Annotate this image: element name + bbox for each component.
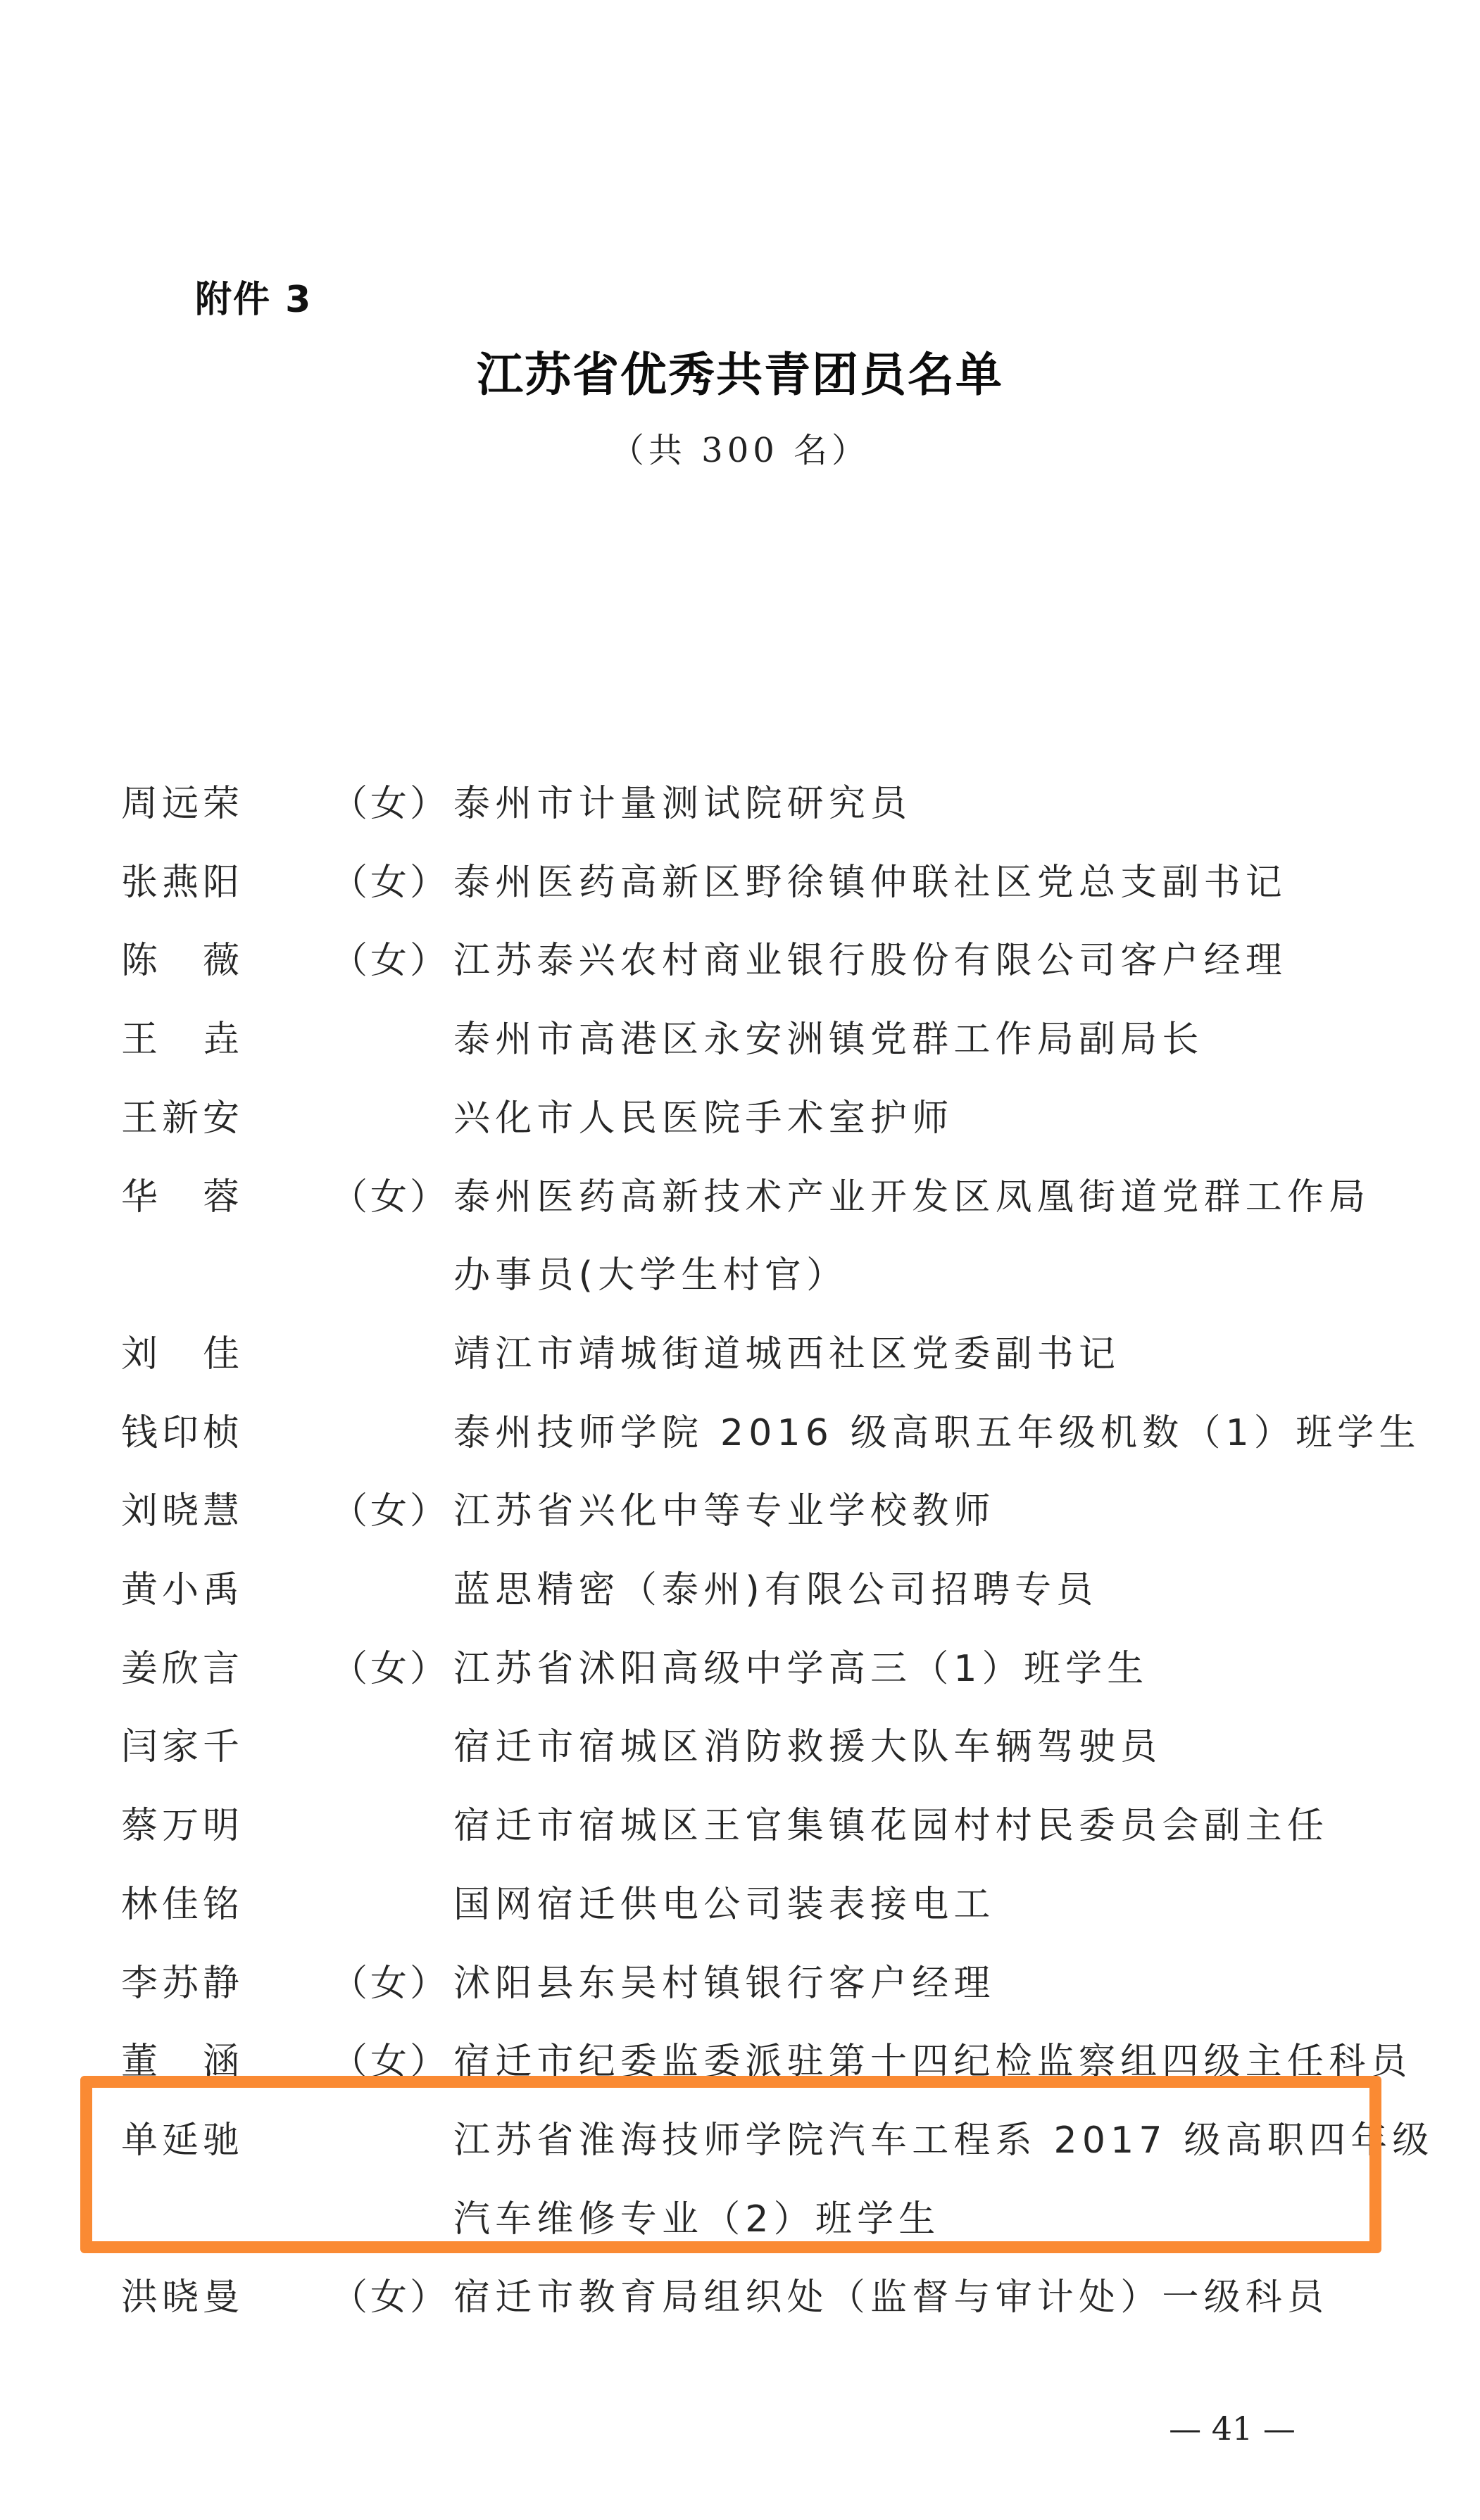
- list-item-continuation: 汽车维修专业（2）班学生: [0, 2180, 1480, 2259]
- person-affiliation: 国网宿迁供电公司装表接电工: [453, 1865, 1383, 1944]
- gender-note: （女）: [331, 843, 451, 922]
- list-item: 单延驰江苏省淮海技师学院汽车工程系 2017 级高职四年级: [0, 2101, 1480, 2180]
- person-affiliation: 办事员(大学生村官）: [453, 1236, 1383, 1315]
- list-item: 王 垚泰州市高港区永安洲镇党群工作局副局长: [0, 1000, 1480, 1079]
- person-name: 刘 佳: [121, 1315, 255, 1394]
- gender-note: （女）: [331, 1630, 451, 1708]
- person-name: 周远荣: [121, 764, 255, 843]
- gender-note: （女）: [331, 2258, 451, 2337]
- gender-note: （女）: [331, 1944, 451, 2023]
- list-item: 王新安兴化市人民医院手术室护师: [0, 1079, 1480, 1158]
- page-number: — 41 —: [1155, 2407, 1310, 2450]
- list-item-continuation: 办事员(大学生村官）: [0, 1236, 1480, 1315]
- list-item: 钱印桢泰州技师学院 2016 级高职五年级机数（1）班学生: [0, 1394, 1480, 1473]
- list-item: 陈 薇（女）江苏泰兴农村商业银行股份有限公司客户经理: [0, 921, 1480, 1000]
- list-item: 蔡万明宿迁市宿城区王官集镇花园村村民委员会副主任: [0, 1787, 1480, 1865]
- person-name: 张燕阳: [121, 843, 255, 922]
- gender-note: （女）: [331, 764, 451, 843]
- gender-note: （女）: [331, 921, 451, 1000]
- gender-note: （女）: [331, 1158, 451, 1237]
- person-name: 陈 薇: [121, 921, 255, 1000]
- list-item: 姜欣言（女）江苏省沭阳高级中学高三（1）班学生: [0, 1630, 1480, 1708]
- person-name: 李苏静: [121, 1944, 255, 2023]
- person-affiliation: 沭阳县东吴村镇银行客户经理: [453, 1944, 1383, 2023]
- list-item: 李苏静（女）沭阳县东吴村镇银行客户经理: [0, 1944, 1480, 2023]
- honoree-list: 周远荣（女）泰州市计量测试院研究员张燕阳（女）泰州医药高新区野徐镇仲联社区党总支…: [0, 0, 1480, 2520]
- person-name: 华 蓉: [121, 1158, 255, 1237]
- person-name: 黄小禹: [121, 1551, 255, 1630]
- person-affiliation: 江苏省兴化中等专业学校教师: [453, 1472, 1383, 1551]
- person-affiliation: 宿迁市纪委监委派驻第十四纪检监察组四级主任科员: [453, 2022, 1383, 2101]
- person-name: 蔡万明: [121, 1787, 255, 1865]
- person-affiliation: 靖江市靖城街道城西社区党委副书记: [453, 1315, 1383, 1394]
- person-affiliation: 江苏省沭阳高级中学高三（1）班学生: [453, 1630, 1383, 1708]
- person-affiliation: 汽车维修专业（2）班学生: [453, 2180, 1383, 2259]
- list-item: 闫家千宿迁市宿城区消防救援大队车辆驾驶员: [0, 1708, 1480, 1787]
- list-item: 刘 佳靖江市靖城街道城西社区党委副书记: [0, 1315, 1480, 1394]
- person-name: 洪晓曼: [121, 2258, 255, 2337]
- list-item: 林佳铭国网宿迁供电公司装表接电工: [0, 1865, 1480, 1944]
- person-name: 姜欣言: [121, 1630, 255, 1708]
- gender-note: （女）: [331, 1472, 451, 1551]
- person-affiliation: 江苏泰兴农村商业银行股份有限公司客户经理: [453, 921, 1383, 1000]
- list-item: 周远荣（女）泰州市计量测试院研究员: [0, 764, 1480, 843]
- person-name: 董 涵: [121, 2022, 255, 2101]
- person-affiliation: 泰州医药高新技术产业开发区凤凰街道党群工作局: [453, 1158, 1383, 1237]
- gender-note: （女）: [331, 2022, 451, 2101]
- person-name: 单延驰: [121, 2101, 255, 2180]
- person-affiliation: 兴化市人民医院手术室护师: [453, 1079, 1383, 1158]
- list-item: 刘晓慧（女）江苏省兴化中等专业学校教师: [0, 1472, 1480, 1551]
- person-affiliation: 泰州市计量测试院研究员: [453, 764, 1383, 843]
- person-affiliation: 泰州市高港区永安洲镇党群工作局副局长: [453, 1000, 1383, 1079]
- person-affiliation: 泰州技师学院 2016 级高职五年级机数（1）班学生: [453, 1394, 1383, 1473]
- person-name: 钱印桢: [121, 1394, 255, 1473]
- person-affiliation: 蓝思精密（泰州)有限公司招聘专员: [453, 1551, 1383, 1630]
- person-affiliation: 宿迁市教育局组织处（监督与审计处）一级科员: [453, 2258, 1383, 2337]
- person-name: 王新安: [121, 1079, 255, 1158]
- list-item: 洪晓曼（女）宿迁市教育局组织处（监督与审计处）一级科员: [0, 2258, 1480, 2337]
- person-affiliation: 江苏省淮海技师学院汽车工程系 2017 级高职四年级: [453, 2101, 1383, 2180]
- person-affiliation: 泰州医药高新区野徐镇仲联社区党总支副书记: [453, 843, 1383, 922]
- person-affiliation: 宿迁市宿城区王官集镇花园村村民委员会副主任: [453, 1787, 1383, 1865]
- person-affiliation: 宿迁市宿城区消防救援大队车辆驾驶员: [453, 1708, 1383, 1787]
- person-name: 刘晓慧: [121, 1472, 255, 1551]
- person-name: 王 垚: [121, 1000, 255, 1079]
- person-name: 闫家千: [121, 1708, 255, 1787]
- list-item: 张燕阳（女）泰州医药高新区野徐镇仲联社区党总支副书记: [0, 843, 1480, 922]
- person-name: 林佳铭: [121, 1865, 255, 1944]
- list-item: 黄小禹蓝思精密（泰州)有限公司招聘专员: [0, 1551, 1480, 1630]
- list-item: 董 涵（女）宿迁市纪委监委派驻第十四纪检监察组四级主任科员: [0, 2022, 1480, 2101]
- list-item: 华 蓉（女）泰州医药高新技术产业开发区凤凰街道党群工作局: [0, 1158, 1480, 1237]
